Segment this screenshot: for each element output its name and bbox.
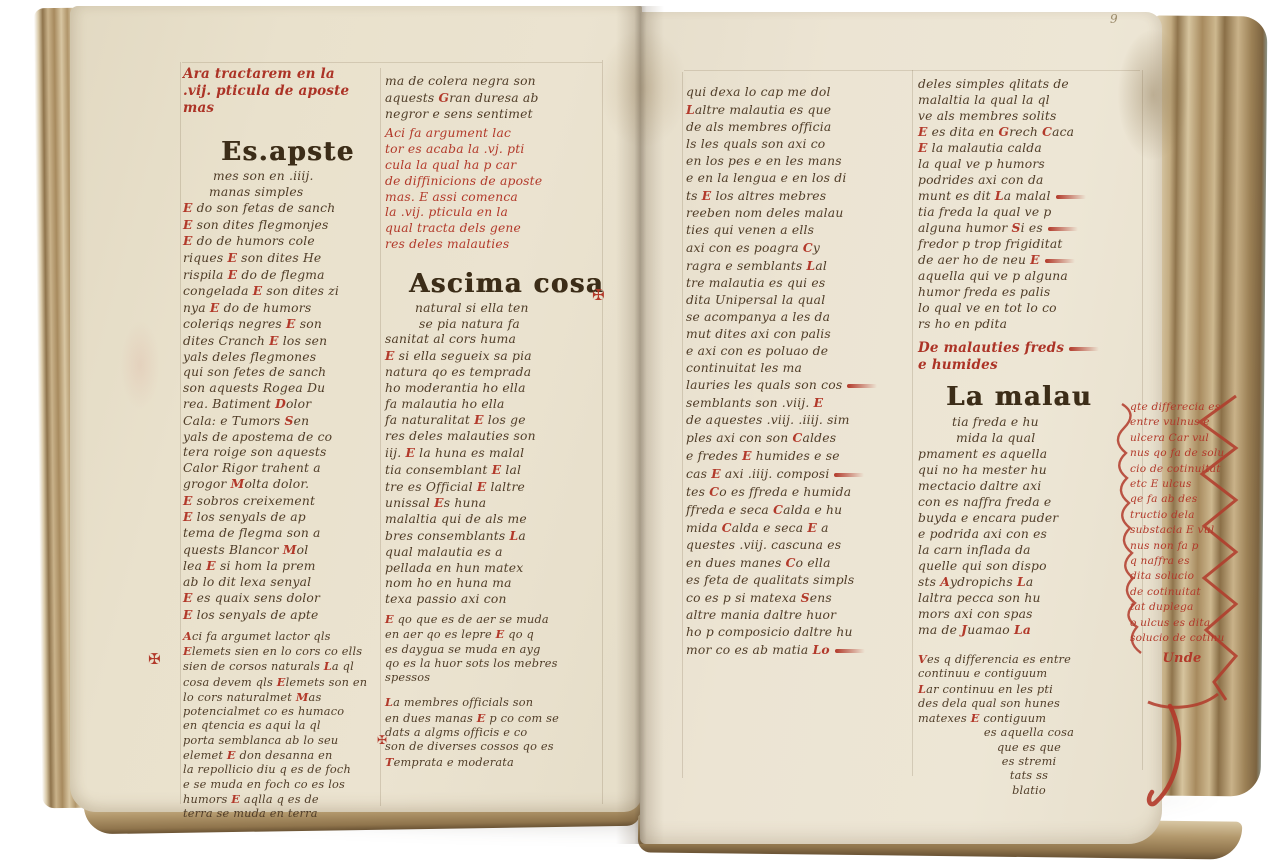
text-line: potencialmet co es humaco (183, 705, 388, 719)
text-line: e axi con es poluao de (686, 343, 908, 360)
text-line: e humides (918, 357, 1140, 374)
text-line: e podrida axi con es (918, 526, 1140, 542)
text-line: tats ss (918, 769, 1140, 783)
text-line: la repollicio diu q es de foch (183, 763, 388, 777)
heading-line: Ascima cosa (409, 267, 603, 301)
text-line: bres consemblants La (385, 528, 603, 545)
rubric-flourish (1056, 195, 1086, 199)
left-page-column-1: Ara tractarem en la.vij. pticula de apos… (183, 66, 388, 821)
text-line: rs ho en pdita (918, 316, 1140, 332)
text-line: rispila E do de flegma (183, 267, 388, 284)
text-line: es stremi (918, 755, 1140, 769)
text-line: en dues manes Co ella (686, 554, 908, 572)
text-line: continuu e contiguum (918, 667, 1140, 681)
text-line: laltra pecca son hu (918, 590, 1140, 606)
text-line: qui dexa lo cap me dol (686, 84, 908, 101)
text-line: E los senyals de apte (183, 607, 388, 624)
red-cross-icon: ✠ (148, 650, 161, 668)
text-line: Laltre malautia es que (686, 101, 908, 119)
text-line: terra se muda en terra (183, 807, 388, 821)
heading-line: Es.apste (221, 135, 388, 169)
text-line: tor es acaba la .vj. pti (385, 142, 603, 158)
text-line: lauries les quals son cos (686, 377, 908, 394)
text-line: E si ella segueix sa pia (385, 348, 603, 365)
text-line: La membres officials son (385, 695, 603, 710)
text-line: mas. E assi comenca (385, 190, 603, 206)
text-line: ve als membres solits (918, 108, 1140, 124)
text-line: qui no ha mester hu (918, 462, 1140, 478)
text-line: humors E aqlla q es de (183, 792, 388, 807)
text-line: sts Aydropichs La (918, 574, 1140, 590)
text-line: ma de Juamao La (918, 622, 1140, 638)
text-line: pellada en hun matex (385, 561, 603, 577)
text-line: es feta de qualitats simpls (686, 572, 908, 589)
text-line: Aci fa argumet lactor qls (183, 629, 388, 644)
text-line: res deles malauties son (385, 429, 603, 445)
ruling-line (182, 62, 602, 63)
text-line: humor freda es palis (918, 284, 1140, 300)
text-line: fredor p trop frigiditat (918, 236, 1140, 252)
text-line: E los senyals de ap (183, 509, 388, 526)
text-line: E son dites flegmonjes (183, 217, 388, 234)
text-line: en dues manas E p co com se (385, 711, 603, 726)
folio-number: 9 (1110, 12, 1118, 26)
text-line: res deles malauties (385, 237, 603, 253)
text-line: blatio (918, 784, 1140, 798)
text-line: se pia natura fa (419, 317, 603, 333)
text-line: natura qo es temprada (385, 365, 603, 381)
text-line: manas simples (209, 185, 388, 201)
text-line: .vij. pticula de aposte (183, 83, 388, 100)
text-line: ffreda e seca Calda e hu (686, 501, 908, 519)
text-line: en qtencia es aqui la ql (183, 719, 388, 733)
text-line: tema de flegma son a (183, 526, 388, 542)
text-line: quests Blancor Mol (183, 542, 388, 559)
rubric-flourish (835, 649, 865, 653)
text-line: Ves q differencia es entre (918, 652, 1140, 667)
text-line: E do de humors cole (183, 233, 388, 250)
text-line: coleriqs negres E son (183, 316, 388, 333)
text-line: natural si ella ten (415, 301, 603, 317)
rubric-flourish (1069, 347, 1099, 351)
rubric-flourish (847, 384, 877, 388)
text-line: matexes E contiguum (918, 711, 1140, 726)
text-line: reeben nom deles malau (686, 205, 908, 222)
text-line: spessos (385, 671, 603, 685)
text-line: semblants son .viij. E (686, 394, 908, 412)
text-line: de diffinicions de aposte (385, 174, 603, 190)
margin-note-flourish-border (1114, 388, 1264, 818)
text-line: tre malautia es qui es (686, 275, 908, 292)
text-line: ma de colera negra son (385, 74, 603, 90)
text-line: cas E axi .iiij. composi (686, 465, 908, 483)
text-line: yals de apostema de co (183, 430, 388, 446)
text-line: son aquests Rogea Du (183, 381, 388, 397)
text-line: mida la qual (956, 430, 1140, 446)
text-line: unissal Es huna (385, 495, 603, 512)
red-cross-icon: ✠ (592, 286, 605, 304)
text-line: tes Co es ffreda e humida (686, 483, 908, 501)
text-line: cula la qual ha p car (385, 158, 603, 174)
text-line: mors axi con spas (918, 606, 1140, 622)
text-line: se acompanya a les da (686, 309, 908, 326)
text-line: Cala: e Tumors Sen (183, 413, 388, 430)
text-line: aquests Gran duresa ab (385, 90, 603, 107)
text-line: Lar continuu en les pti (918, 682, 1140, 697)
text-line: e fredes E humides e se (686, 447, 908, 465)
text-line: ples axi con son Caldes (686, 429, 908, 447)
text-line: con es naffra freda e (918, 494, 1140, 510)
text-line: tia consemblant E lal (385, 462, 603, 479)
text-line: aquella qui ve p alguna (918, 268, 1140, 284)
ruling-line (180, 62, 181, 804)
text-line: tre es Official E laltre (385, 479, 603, 496)
text-line: Calor Rigor trahent a (183, 461, 388, 477)
text-line: De malauties freds (918, 340, 1140, 357)
text-line: ho moderantia ho ella (385, 381, 603, 397)
text-line: sanitat al cors huma (385, 332, 603, 348)
text-line: E qo que es de aer se muda (385, 612, 603, 627)
text-line: mut dites axi con palis (686, 326, 908, 343)
text-line: iij. E la huna es malal (385, 445, 603, 462)
text-line: Elemets sien en lo cors co ells (183, 644, 388, 659)
text-line: E sobros creixement (183, 493, 388, 510)
text-line: la carn inflada da (918, 542, 1140, 558)
text-line: ab lo dit lexa senyal (183, 575, 388, 591)
text-line: mor co es ab matia Lo (686, 641, 908, 659)
text-line: alguna humor Si es (918, 220, 1140, 236)
right-page-column-1: qui dexa lo cap me dolLaltre malautia es… (686, 84, 908, 659)
text-line: co es p si matexa Sens (686, 589, 908, 607)
text-line: E es quaix sens dolor (183, 590, 388, 607)
text-line: deles simples qlitats de (918, 76, 1140, 92)
text-line: de als membres officia (686, 119, 908, 136)
ruling-line (682, 72, 683, 778)
text-line: porta semblanca ab lo seu (183, 734, 388, 748)
text-line: qual malautia es a (385, 545, 603, 561)
text-line: lea E si hom la prem (183, 558, 388, 575)
text-line: e se muda en foch co es los (183, 778, 388, 792)
text-line: fa naturalitat E los ge (385, 412, 603, 429)
text-line: dites Cranch E los sen (183, 333, 388, 350)
text-line: tia freda e hu (952, 414, 1140, 430)
text-line: son de diverses cossos qo es (385, 740, 603, 754)
text-line: texa passio axi con (385, 592, 603, 608)
text-line: axi con es poagra Cy (686, 239, 908, 257)
rubric-flourish (1045, 259, 1075, 263)
text-line: grogor Molta dolor. (183, 476, 388, 493)
text-line: elemet E don desanna en (183, 748, 388, 763)
text-line: congelada E son dites zi (183, 283, 388, 300)
ruling-line (912, 70, 913, 776)
text-line: ts E los altres mebres (686, 187, 908, 205)
right-page-column-2: deles simples qlitats demalaltia la qual… (918, 76, 1140, 798)
text-line: lo qual ve en tot lo co (918, 300, 1140, 316)
text-line: cosa devem qls Elemets son en (183, 675, 388, 690)
text-line: es aquella cosa (918, 726, 1140, 740)
text-line: negror e sens sentimet (385, 107, 603, 123)
text-line: la .vij. pticula en la (385, 205, 603, 221)
text-line: tera roige son aquests (183, 445, 388, 461)
text-line: mectacio daltre axi (918, 478, 1140, 494)
text-line: qual tracta dels gene (385, 221, 603, 237)
text-line: quelle qui son dispo (918, 558, 1140, 574)
rubric-flourish (1048, 227, 1078, 231)
text-line: qo es la huor sots los mebres (385, 657, 603, 671)
text-line: des dela qual son hunes (918, 697, 1140, 711)
text-line: yals deles flegmones (183, 350, 388, 366)
left-page-column-2: ma de colera negra sonaquests Gran dures… (385, 74, 603, 770)
text-line: Ara tractarem en la (183, 66, 388, 83)
red-cross-icon: ✠ (377, 733, 387, 747)
text-line: riques E son dites He (183, 250, 388, 267)
text-line: buyda e encara puder (918, 510, 1140, 526)
text-line: que es que (918, 741, 1140, 755)
text-line: Temprata e moderata (385, 755, 603, 770)
text-line: Aci fa argument lac (385, 126, 603, 142)
text-line: en los pes e en les mans (686, 153, 908, 170)
text-line: de aquestes .viij. .iiij. sim (686, 412, 908, 429)
text-line: dats a algms officis e co (385, 726, 603, 740)
text-line: nom ho en huna ma (385, 576, 603, 592)
text-line: munt es dit La malal (918, 188, 1140, 204)
text-line: fa malautia ho ella (385, 397, 603, 413)
text-line: tia freda la qual ve p (918, 204, 1140, 220)
text-line: e en la lengua e en los di (686, 170, 908, 187)
rubric-flourish (834, 473, 864, 477)
text-line: E do son fetas de sanch (183, 200, 388, 217)
text-line: E la malautia calda (918, 140, 1140, 156)
text-line: E es dita en Grech Caca (918, 124, 1140, 140)
text-line: ls les quals son axi co (686, 136, 908, 153)
text-line: ragra e semblants Lal (686, 257, 908, 275)
text-line: podrides axi con da (918, 172, 1140, 188)
text-line: de aer ho de neu E (918, 252, 1140, 268)
text-line: malaltia la qual la ql (918, 92, 1140, 108)
text-line: en aer qo es lepre E qo q (385, 627, 603, 642)
text-line: sien de corsos naturals La ql (183, 659, 388, 674)
text-line: ties qui venen a ells (686, 222, 908, 239)
text-line: lo cors naturalmet Mas (183, 690, 388, 705)
text-line: dita Unipersal la qual (686, 292, 908, 309)
text-line: mes son en .iiij. (213, 169, 388, 185)
text-line: malaltia qui de als me (385, 512, 603, 528)
text-line: qui son fetes de sanch (183, 365, 388, 381)
text-line: nya E do de humors (183, 300, 388, 317)
text-line: la qual ve p humors (918, 156, 1140, 172)
text-line: questes .viij. cascuna es (686, 537, 908, 554)
ruling-line (684, 70, 1140, 71)
text-line: mida Calda e seca E a (686, 519, 908, 537)
heading-line: La malau (946, 380, 1140, 414)
text-line: continuitat les ma (686, 360, 908, 377)
text-line: altre mania daltre huor (686, 607, 908, 624)
text-line: es daygua se muda en ayg (385, 643, 603, 657)
text-line: mas (183, 100, 388, 117)
text-line: rea. Batiment Dolor (183, 396, 388, 413)
manuscript-photo: Ara tractarem en la.vij. pticula de apos… (0, 0, 1280, 860)
text-line: ho p composicio daltre hu (686, 624, 908, 641)
text-line: pmament es aquella (918, 446, 1140, 462)
